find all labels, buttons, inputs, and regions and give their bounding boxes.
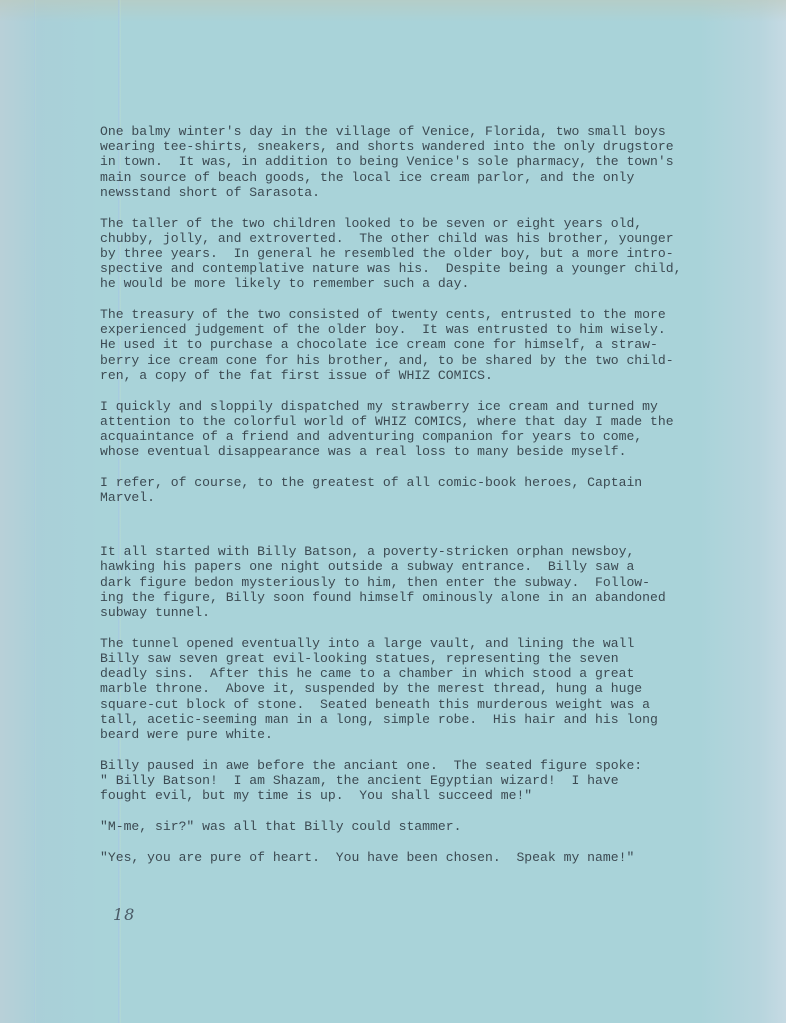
paragraph-9: "M-me, sir?" was all that Billy could st… bbox=[100, 819, 680, 834]
paragraph-4: I quickly and sloppily dispatched my str… bbox=[100, 399, 680, 460]
paragraph-3: The treasury of the two consisted of twe… bbox=[100, 307, 680, 383]
paragraph-2: The taller of the two children looked to… bbox=[100, 216, 680, 292]
paragraph-1: One balmy winter's day in the village of… bbox=[100, 124, 680, 200]
paragraph-8: Billy paused in awe before the anciant o… bbox=[100, 758, 680, 804]
scan-streak bbox=[34, 0, 36, 1023]
paragraph-10: "Yes, you are pure of heart. You have be… bbox=[100, 850, 680, 865]
paragraph-7: The tunnel opened eventually into a larg… bbox=[100, 636, 680, 742]
paragraph-6: It all started with Billy Batson, a pove… bbox=[100, 544, 680, 620]
typewritten-page: One balmy winter's day in the village of… bbox=[100, 124, 680, 880]
paragraph-5: I refer, of course, to the greatest of a… bbox=[100, 475, 680, 505]
page-number: 18 bbox=[113, 905, 135, 924]
